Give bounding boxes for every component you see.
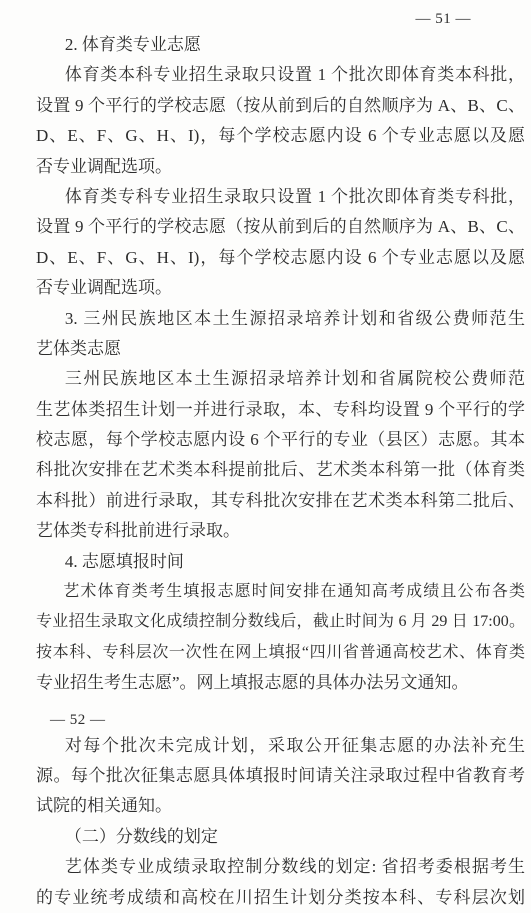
text-line: 否专业调配选项。 bbox=[36, 152, 525, 182]
text-line: D、E、F、G、H、I)，每个学校志愿内设 6 个专业志愿以及愿 bbox=[36, 121, 525, 151]
page-52-text-block: 对每个批次未完成计划，采取公开征集志愿的办法补充生源。每个批次征集志愿具体填报时… bbox=[36, 731, 525, 913]
text-line: 试院的相关通知。 bbox=[36, 791, 525, 821]
scanned-document-page: — 51 — 2. 体育类专业志愿体育类本科专业招生录取只设置 1 个批次即体育… bbox=[0, 0, 531, 913]
text-line: 本科批）前进行录取，其专科批次安排在艺术类本科第二批后、 bbox=[36, 486, 525, 516]
text-line: 科批次安排在艺术类本科提前批后、艺术类本科第一批（体育类 bbox=[36, 455, 525, 485]
text-line: 三州民族地区本土生源招录培养计划和省属院校公费师范 bbox=[36, 364, 525, 394]
page-number-51: — 51 — bbox=[36, 8, 471, 30]
text-line: 艺体类专业成绩录取控制分数线的划定: 省招考委根据考生 bbox=[36, 852, 525, 882]
text-line: 4. 志愿填报时间 bbox=[36, 547, 525, 577]
text-line: （二）分数线的划定 bbox=[36, 822, 525, 852]
text-line: 专业招生考生志愿”。网上填报志愿的具体办法另文通知。 bbox=[36, 668, 525, 698]
page-number-52: — 52 — bbox=[50, 709, 525, 731]
text-line: 对每个批次未完成计划，采取公开征集志愿的办法补充生 bbox=[36, 731, 525, 761]
text-line: 设置 9 个平行的学校志愿（按从前到后的自然顺序为 A、B、C、 bbox=[36, 91, 525, 121]
text-line: 3. 三州民族地区本土生源招录培养计划和省级公费师范生 bbox=[36, 304, 525, 334]
text-line: 艺术体育类考生填报志愿时间安排在通知高考成绩且公布各类 bbox=[36, 577, 525, 607]
text-line: 艺体类志愿 bbox=[36, 334, 525, 364]
text-line: 校志愿，每个学校志愿内设 6 个平行的专业（县区）志愿。其本 bbox=[36, 425, 525, 455]
page-51-text-block: 2. 体育类专业志愿体育类本科专业招生录取只设置 1 个批次即体育类本科批，设置… bbox=[36, 30, 525, 699]
text-line: 设置 9 个平行的学校志愿（按从前到后的自然顺序为 A、B、C、 bbox=[36, 212, 525, 242]
text-line: 体育类专科专业招生录取只设置 1 个批次即体育类专科批， bbox=[36, 182, 525, 212]
text-line: 的专业统考成绩和高校在川招生计划分类按本科、专科层次划 bbox=[36, 883, 525, 913]
text-line: 艺体类专科批前进行录取。 bbox=[36, 516, 525, 546]
text-line: 否专业调配选项。 bbox=[36, 273, 525, 303]
text-line: 专业招生录取文化成绩控制分数线后，截止时间为 6 月 29 日 17:00。 bbox=[36, 607, 525, 637]
text-line: 体育类本科专业招生录取只设置 1 个批次即体育类本科批， bbox=[36, 60, 525, 90]
text-line: D、E、F、G、H、I)，每个学校志愿内设 6 个专业志愿以及愿 bbox=[36, 243, 525, 273]
text-line: 按本科、专科层次一次性在网上填报“四川省普通高校艺术、体育类 bbox=[36, 638, 525, 668]
text-line: 生艺体类招生计划一并进行录取，本、专科均设置 9 个平行的学 bbox=[36, 395, 525, 425]
text-line: 源。每个批次征集志愿具体填报时间请关注录取过程中省教育考 bbox=[36, 761, 525, 791]
text-line: 2. 体育类专业志愿 bbox=[36, 30, 525, 60]
